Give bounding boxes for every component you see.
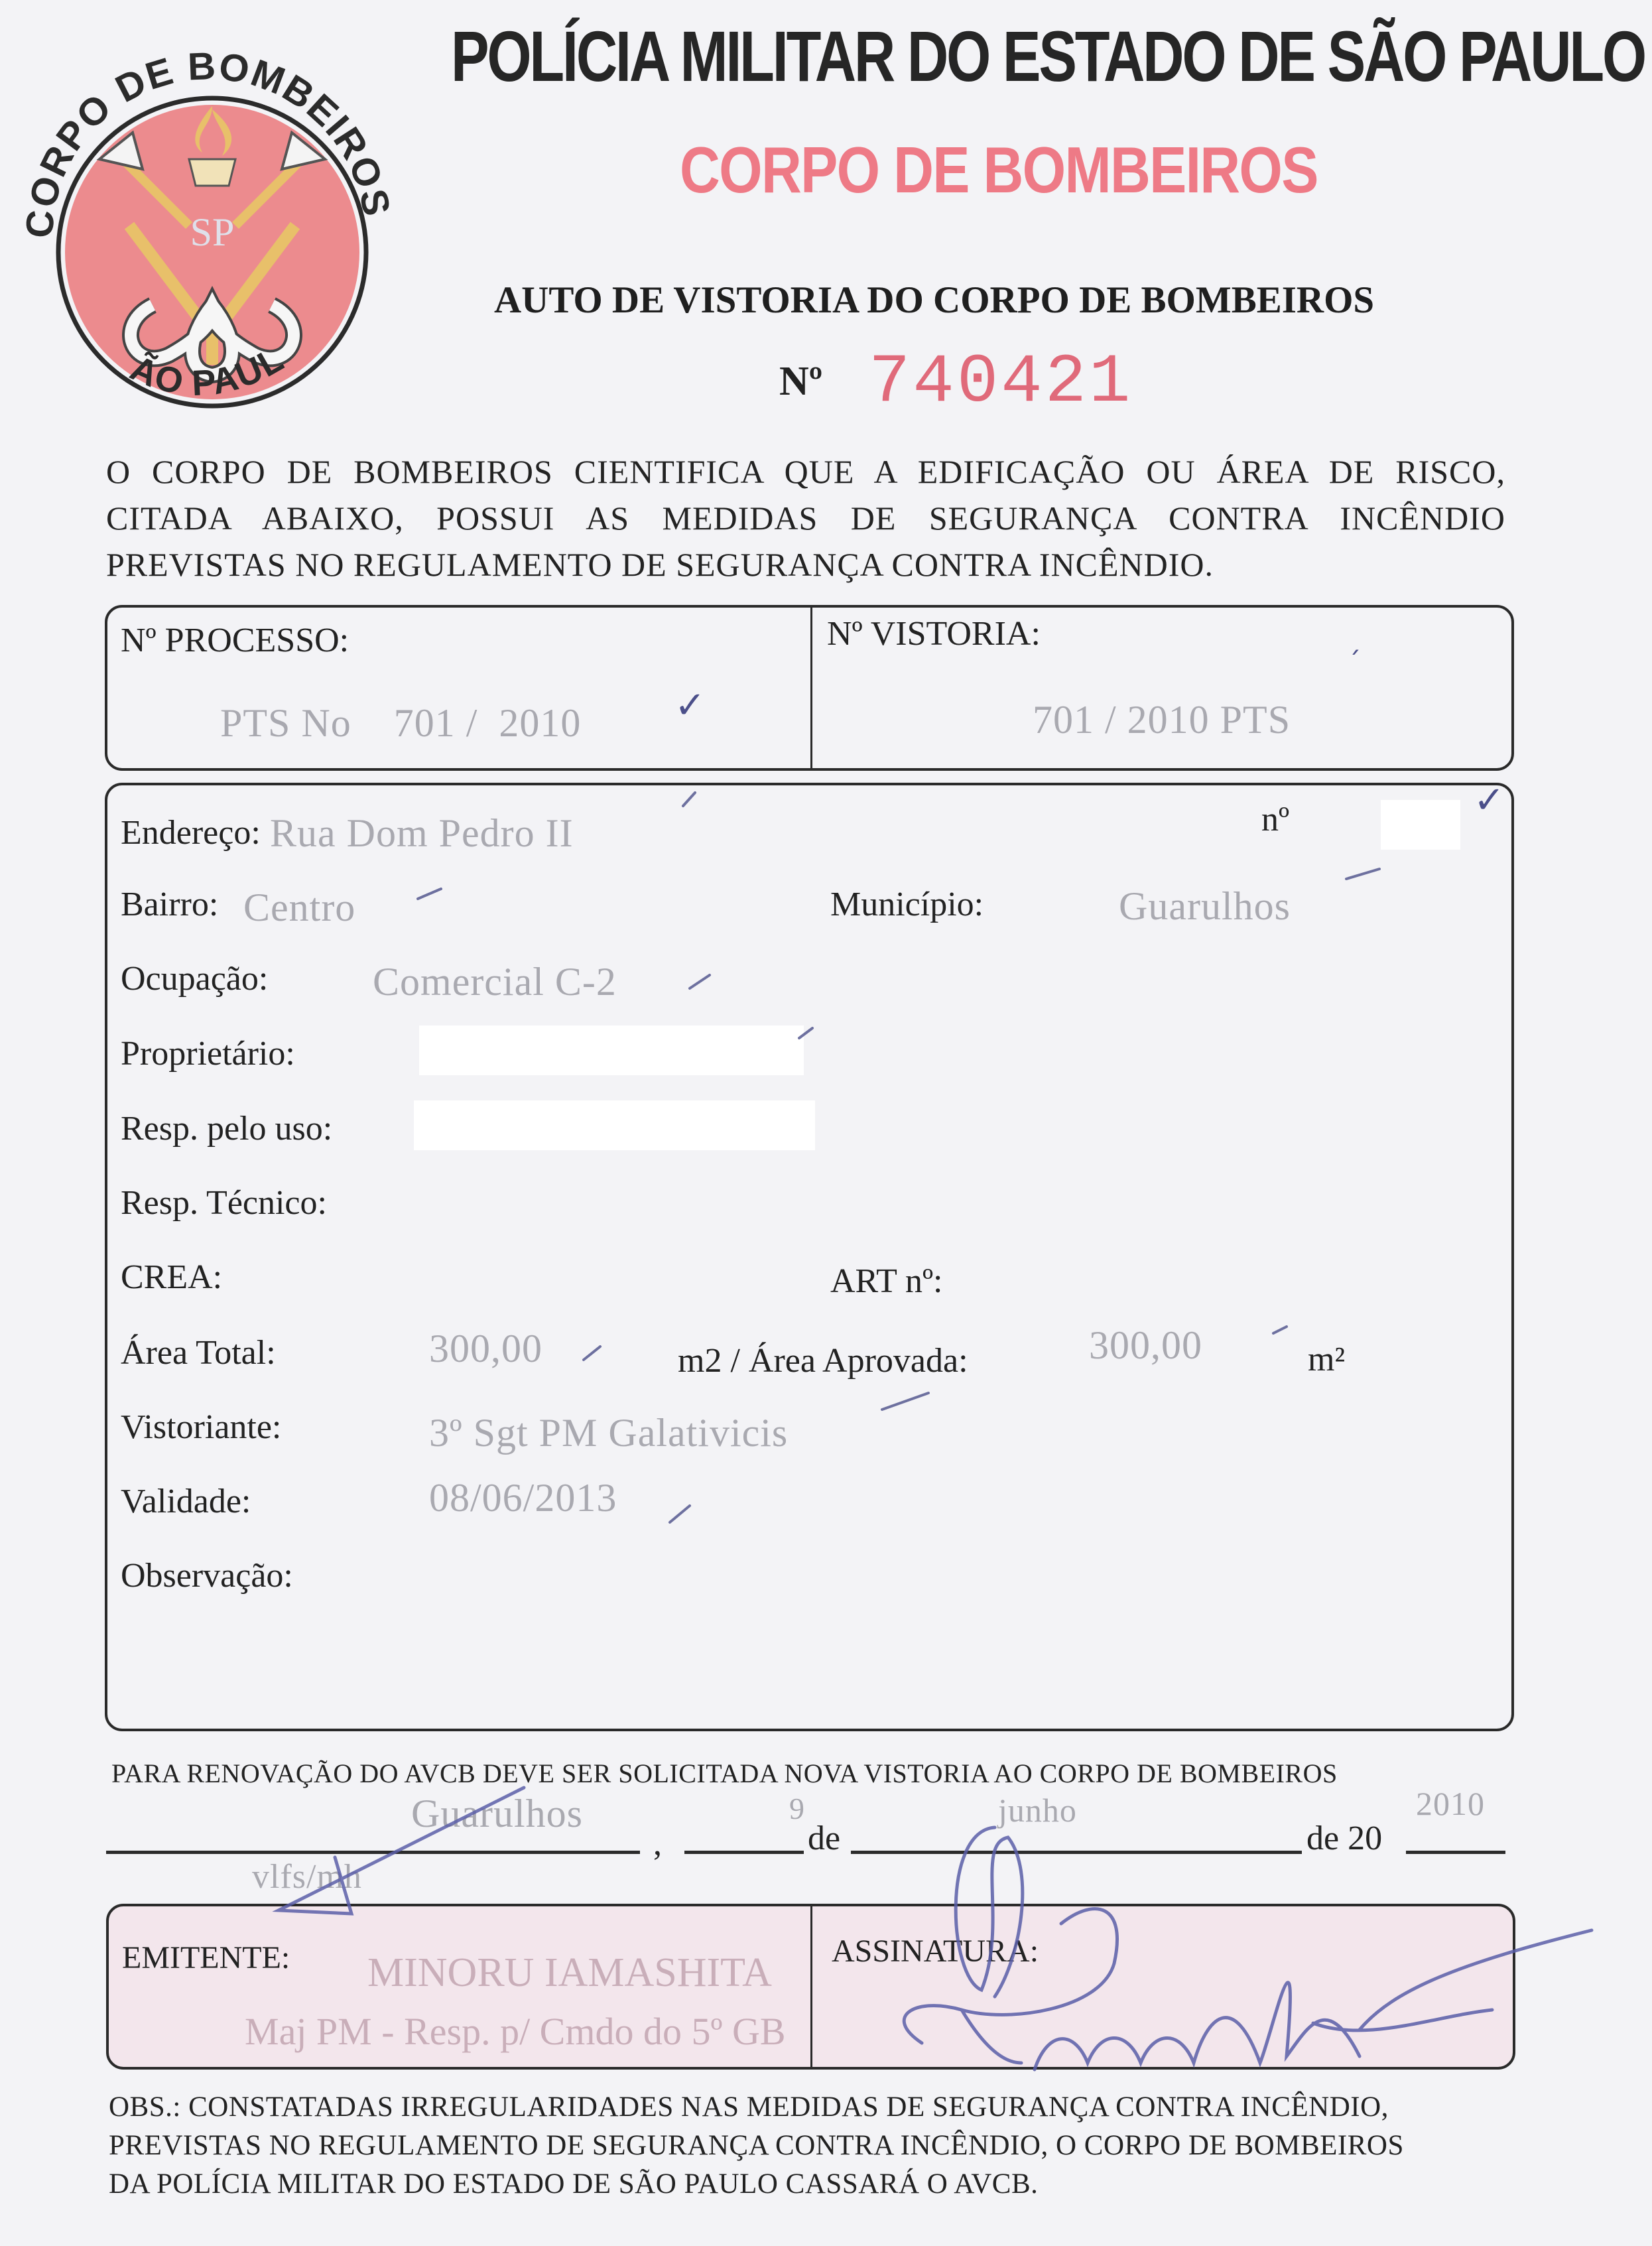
city-underline	[106, 1851, 640, 1854]
bairro-value: Centro	[243, 885, 355, 931]
bairro-label: Bairro:	[121, 885, 218, 924]
validade-value: 08/06/2013	[429, 1475, 617, 1521]
issuer-box-divider	[810, 1906, 812, 2067]
date-comma: ,	[653, 1824, 662, 1863]
obs-line: OBS.: CONSTATADAS IRREGULARIDADES NAS ME…	[109, 2088, 1488, 2127]
endereco-value: Rua Dom Pedro II	[270, 811, 574, 856]
typist-initials: vlfs/mh	[252, 1857, 362, 1896]
vistoriante-label: Vistoriante:	[121, 1408, 281, 1447]
date-year: 2010	[1416, 1784, 1485, 1823]
assinatura-label: ASSINATURA:	[832, 1933, 1039, 1969]
year-underline	[1406, 1851, 1505, 1854]
area-aprovada-label: m2 / Área Aprovada:	[678, 1341, 968, 1380]
vistoriante-value: 3º Sgt PM Galativicis	[429, 1410, 788, 1456]
validade-label: Validade:	[121, 1482, 251, 1521]
date-de-2: de 20	[1306, 1819, 1382, 1858]
month-underline	[851, 1851, 1302, 1854]
issuer-box: EMITENTE: MINORU IAMASHITA Maj PM - Resp…	[106, 1904, 1515, 2070]
date-day: 9	[789, 1791, 805, 1826]
redacted-user-name	[414, 1100, 815, 1150]
crea-label: CREA:	[121, 1258, 222, 1297]
obs-line: PREVISTAS NO REGULAMENTO DE SEGURANÇA CO…	[109, 2127, 1488, 2165]
process-box-divider	[810, 608, 812, 768]
checkmark-icon: ✓	[1474, 779, 1505, 822]
process-box: Nº PROCESSO: PTS No 701 / 2010 ✓ Nº VIST…	[105, 605, 1514, 771]
svg-text:SP: SP	[190, 210, 235, 254]
obs-line: DA POLÍCIA MILITAR DO ESTADO DE SÃO PAUL…	[109, 2165, 1488, 2204]
art-label: ART nº:	[830, 1262, 943, 1301]
day-underline	[684, 1851, 804, 1854]
processo-label: Nº PROCESSO:	[121, 621, 349, 660]
property-details-box: Endereço: Rua Dom Pedro II nº ✓ Bairro: …	[105, 783, 1514, 1731]
document-title: AUTO DE VISTORIA DO CORPO DE BOMBEIROS	[494, 279, 1374, 322]
emitente-title: Maj PM - Resp. p/ Cmdo do 5º GB	[245, 2009, 786, 2054]
endereco-numero-label: nº	[1261, 800, 1289, 839]
renewal-notice: PARA RENOVAÇÃO DO AVCB DEVE SER SOLICITA…	[111, 1758, 1338, 1789]
obs-warning: OBS.: CONSTATADAS IRREGULARIDADES NAS ME…	[109, 2088, 1488, 2204]
ocupacao-label: Ocupação:	[121, 959, 268, 998]
date-de-1: de	[808, 1819, 840, 1858]
redacted-owner-name	[419, 1025, 804, 1075]
area-aprovada-unit: m²	[1308, 1340, 1345, 1379]
ocupacao-value: Comercial C-2	[373, 959, 617, 1005]
redacted-address-number	[1381, 800, 1460, 850]
intro-paragraph: O CORPO DE BOMBEIROS CIENTIFICA QUE A ED…	[106, 448, 1505, 588]
checkmark-icon: ✓	[674, 684, 706, 727]
emblem-graphic: SP CORPO DE BOMBEIROS SÃO PAULO	[20, 27, 391, 425]
vistoria-value: 701 / 2010 PTS	[1033, 697, 1291, 743]
department-title: CORPO DE BOMBEIROS	[680, 133, 1318, 208]
observacao-label: Observação:	[121, 1556, 293, 1595]
document-number-label: Nº	[779, 358, 822, 405]
fire-department-emblem: SP CORPO DE BOMBEIROS SÃO PAULO	[20, 27, 391, 425]
municipio-label: Município:	[830, 885, 984, 924]
endereco-label: Endereço:	[121, 813, 261, 852]
resp-tecnico-label: Resp. Técnico:	[121, 1183, 327, 1222]
area-total-label: Área Total:	[121, 1333, 276, 1372]
intro-line: CITADA ABAIXO, POSSUI AS MEDIDAS DE SEGU…	[106, 495, 1505, 541]
checkmark-icon: ˊ	[1348, 647, 1361, 678]
vistoria-label: Nº VISTORIA:	[827, 614, 1041, 653]
area-total-value: 300,00	[429, 1326, 542, 1372]
org-title: POLÍCIA MILITAR DO ESTADO DE SÃO PAULO	[451, 15, 1332, 98]
processo-value: PTS No 701 / 2010	[220, 700, 581, 746]
emitente-name: MINORU IAMASHITA	[367, 1949, 772, 1997]
intro-line: PREVISTAS NO REGULAMENTO DE SEGURANÇA CO…	[106, 541, 1505, 588]
proprietario-label: Proprietário:	[121, 1034, 295, 1073]
document-number: 740421	[869, 344, 1133, 422]
area-aprovada-value: 300,00	[1089, 1323, 1202, 1368]
date-city: Guarulhos	[411, 1791, 583, 1837]
resp-uso-label: Resp. pelo uso:	[121, 1109, 332, 1148]
municipio-value: Guarulhos	[1119, 884, 1291, 929]
date-month: junho	[998, 1791, 1077, 1829]
emitente-label: EMITENTE:	[122, 1940, 290, 1976]
intro-line: O CORPO DE BOMBEIROS CIENTIFICA QUE A ED…	[106, 448, 1505, 495]
